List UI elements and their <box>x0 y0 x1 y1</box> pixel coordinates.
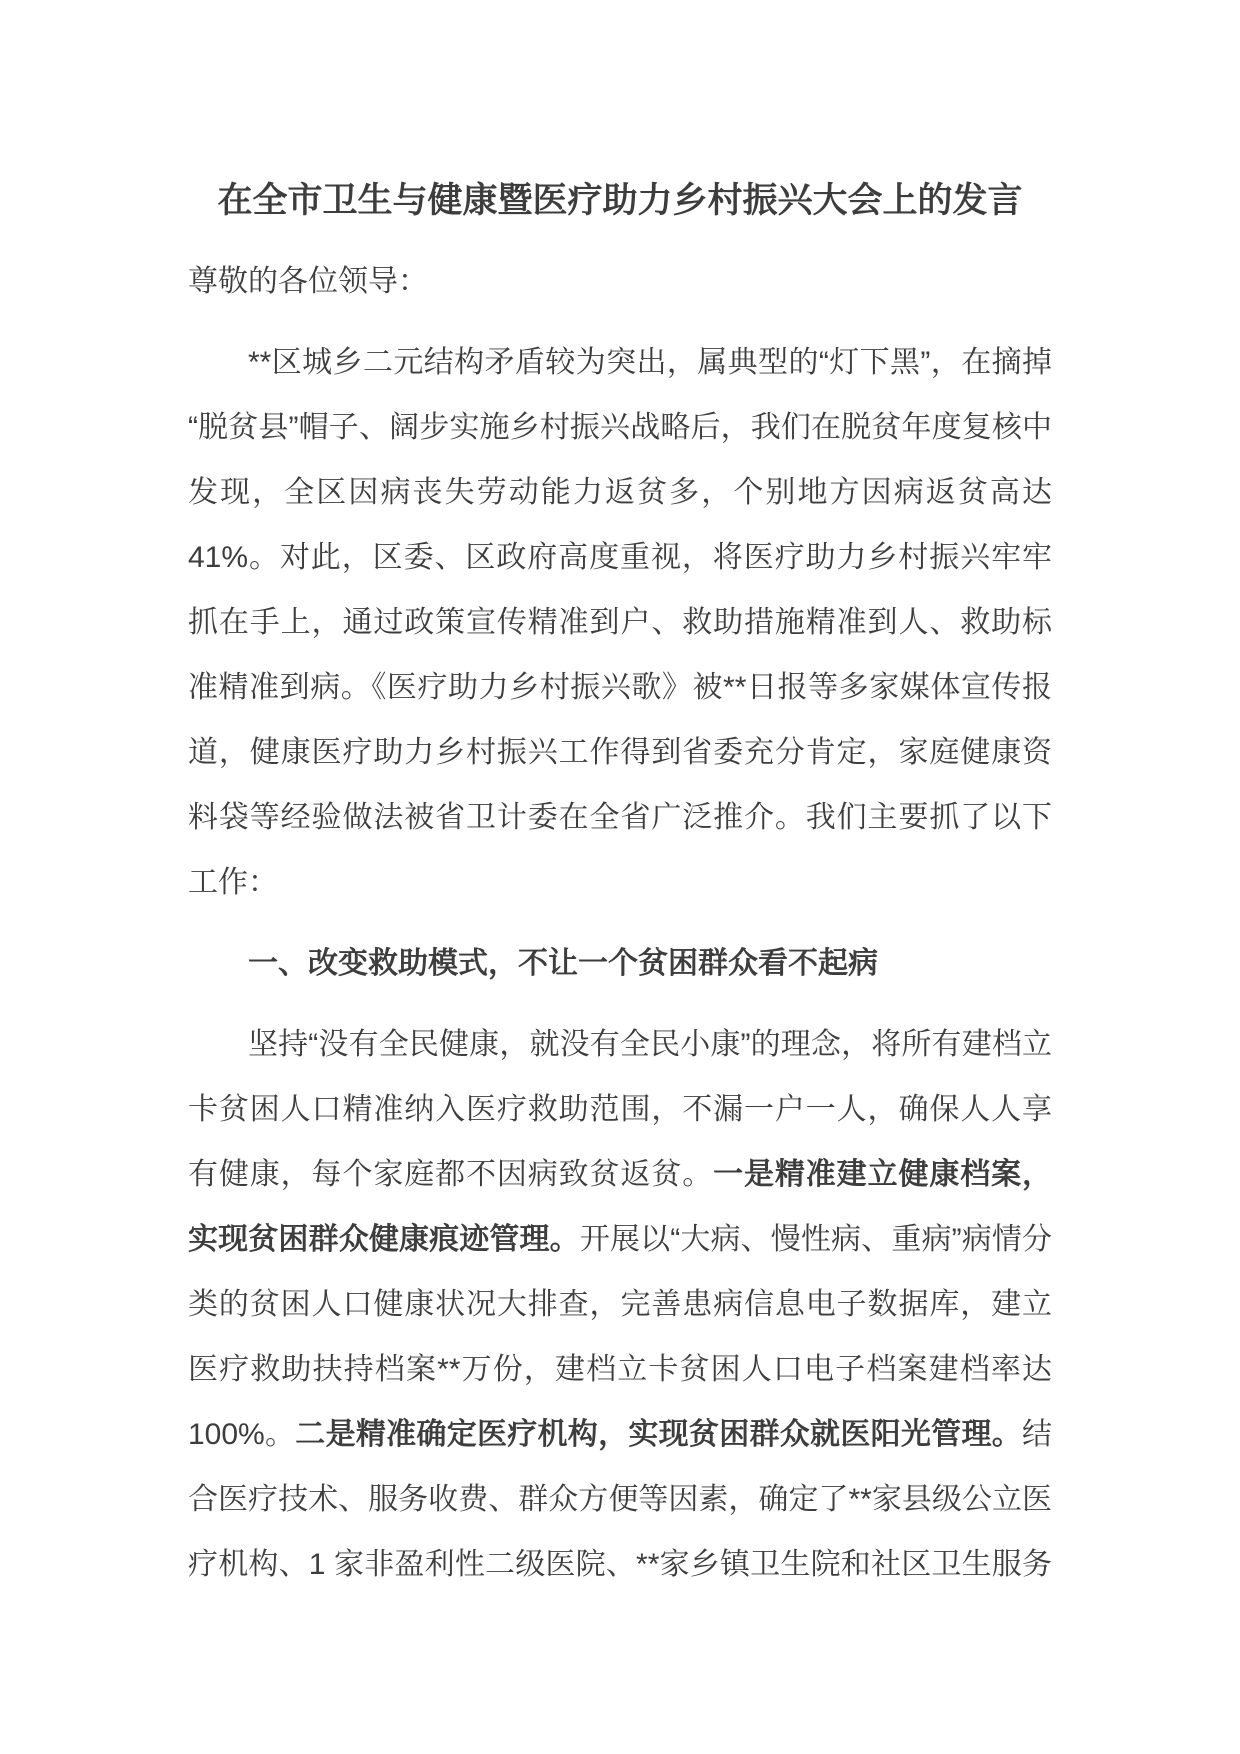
text-segment: 开展以“大病、慢性病、重病”病情分类的贫困人口健康状况大排查，完善患病信息电子数… <box>188 1223 1052 1451</box>
bold-text-segment: 二是精准确定医疗机构，实现贫困群众就医阳光管理。 <box>295 1418 1022 1451</box>
document-page: 在全市卫生与健康暨医疗助力乡村振兴大会上的发言 尊敬的各位领导： **区城乡二元… <box>0 0 1240 1754</box>
text-segment: **区城乡二元结构矛盾较为突出，属典型的“灯下黑”，在摘掉“脱贫县”帽子、阔步实… <box>188 346 1052 899</box>
greeting-line: 尊敬的各位领导： <box>188 249 1052 314</box>
body-paragraph: 坚持“没有全民健康，就没有全民小康”的理念，将所有建档立卡贫困人口精准纳入医疗救… <box>188 1012 1052 1597</box>
bold-text-segment: 一、改变救助模式，不让一个贫困群众看不起病 <box>248 947 878 980</box>
section-heading: 一、改变救助模式，不让一个贫困群众看不起病 <box>188 931 1052 996</box>
document-body: **区城乡二元结构矛盾较为突出，属典型的“灯下黑”，在摘掉“脱贫县”帽子、阔步实… <box>188 330 1052 1597</box>
body-paragraph: **区城乡二元结构矛盾较为突出，属典型的“灯下黑”，在摘掉“脱贫县”帽子、阔步实… <box>188 330 1052 915</box>
document-title: 在全市卫生与健康暨医疗助力乡村振兴大会上的发言 <box>188 168 1052 233</box>
